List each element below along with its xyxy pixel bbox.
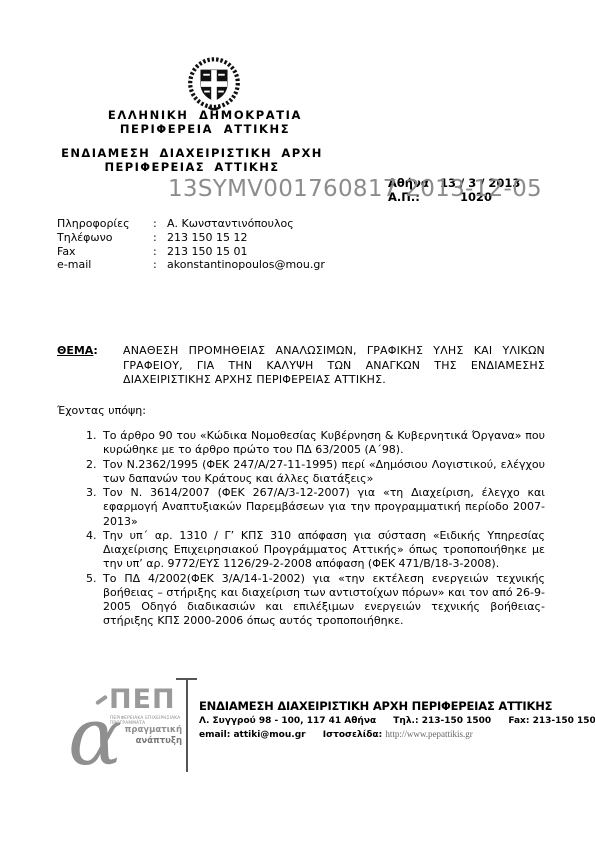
- contact-separator: :: [153, 245, 167, 259]
- footer-tel: 213-150 1500: [422, 716, 492, 726]
- list-item-number: 5.: [86, 572, 103, 629]
- header-line-republic: ΕΛΛΗΝΙΚΗ ΔΗΜΟΚΡΑΤΙΑ: [45, 109, 365, 123]
- contact-label: Πληροφορίες: [57, 217, 153, 231]
- footer-text-block: ΕΝΔΙΑΜΕΣΗ ΔΙΑΧΕΙΡΙΣΤΙΚΗ ΑΡΧΗ ΠΕΡΙΦΕΡΕΙΑΣ…: [199, 699, 549, 740]
- list-item-number: 2.: [86, 458, 103, 487]
- list-item-text: Το άρθρο 90 του «Κώδικα Νομοθεσίας Κυβέρ…: [103, 429, 545, 458]
- footer-website-label: Ιστοσελίδα:: [323, 730, 382, 740]
- pep-acronym: ΠΕΠ: [109, 684, 176, 715]
- contact-label: Fax: [57, 245, 153, 259]
- list-item: 5. Το ΠΔ 4/2002(ΦΕΚ 3/Α/14-1-2002) για «…: [86, 572, 545, 629]
- contact-separator: :: [153, 231, 167, 245]
- footer-fax-label: Fax:: [508, 716, 529, 726]
- footer-tel-label: Τηλ.:: [393, 716, 418, 726]
- coat-of-arms-icon: [186, 56, 242, 114]
- pep-tagline-line2: ανάπτυξη: [136, 736, 182, 746]
- list-item: 1. Το άρθρο 90 του «Κώδικα Νομοθεσίας Κυ…: [86, 429, 545, 458]
- subject-label: ΘΕΜΑ:: [57, 344, 123, 388]
- contact-row-email: e-mail : akonstantinopoulos@mou.gr: [57, 258, 325, 272]
- subject-text: ΑΝΑΘΕΣΗ ΠΡΟΜΗΘΕΙΑΣ ΑΝΑΛΩΣΙΜΩΝ, ΓΡΑΦΙΚΗΣ …: [123, 344, 545, 388]
- contact-row-informations: Πληροφορίες : Α. Κωνσταντινόπουλος: [57, 217, 325, 231]
- list-item-number: 1.: [86, 429, 103, 458]
- contact-label: e-mail: [57, 258, 153, 272]
- header-line-authority-region: ΠΕΡΙΦΕΡΕΙΑΣ ΑΤΤΙΚΗΣ: [32, 161, 352, 175]
- footer-address-line: Λ. Συγγρού 98 - 100, 117 41 Αθήνα Τηλ.: …: [199, 716, 549, 726]
- footer-email: attiki@mou.gr: [233, 730, 305, 740]
- list-item-text: Τον Ν. 3614/2007 (ΦΕΚ 267/Α/3-12-2007) γ…: [103, 486, 545, 529]
- contact-separator: :: [153, 217, 167, 231]
- contact-value: 213 150 15 01: [167, 245, 247, 259]
- contact-info: Πληροφορίες : Α. Κωνσταντινόπουλος Τηλέφ…: [57, 217, 325, 272]
- footer-website-url: http://www.pepattikis.gr: [385, 729, 472, 739]
- header-republic-block: ΕΛΛΗΝΙΚΗ ΔΗΜΟΚΡΑΤΙΑ ΠΕΡΙΦΕΡΕΙΑ ΑΤΤΙΚΗΣ: [45, 109, 365, 136]
- footer-email-label: email:: [199, 730, 230, 740]
- pep-logo-icon: α ΠΕΠ ΠΕΡΙΦΕΡΕΙΑΚΑ ΕΠΙΧΕΙΡΗΣΙΑΚΑ ΠΡΟΓΡΑΜ…: [78, 692, 184, 778]
- footer-title: ΕΝΔΙΑΜΕΣΗ ΔΙΑΧΕΙΡΙΣΤΙΚΗ ΑΡΧΗ ΠΕΡΙΦΕΡΕΙΑΣ…: [199, 699, 549, 713]
- legal-references-list: 1. Το άρθρο 90 του «Κώδικα Νομοθεσίας Κυ…: [86, 429, 545, 629]
- header-authority-block: ΕΝΔΙΑΜΕΣΗ ΔΙΑΧΕΙΡΙΣΤΙΚΗ ΑΡΧΗ ΠΕΡΙΦΕΡΕΙΑΣ…: [32, 147, 352, 174]
- preamble-text: Έχοντας υπόψη:: [57, 404, 146, 417]
- pep-tagline-line1: πραγματική: [125, 725, 182, 735]
- header-line-authority: ΕΝΔΙΑΜΕΣΗ ΔΙΑΧΕΙΡΙΣΤΙΚΗ ΑΡΧΗ: [32, 147, 352, 161]
- footer-address: Λ. Συγγρού 98 - 100, 117 41 Αθήνα: [199, 716, 376, 726]
- footer-divider: [186, 678, 188, 772]
- subject-block: ΘΕΜΑ: ΑΝΑΘΕΣΗ ΠΡΟΜΗΘΕΙΑΣ ΑΝΑΛΩΣΙΜΩΝ, ΓΡΑ…: [57, 344, 545, 388]
- header-line-region: ΠΕΡΙΦΕΡΕΙΑ ΑΤΤΙΚΗΣ: [45, 123, 365, 137]
- footer-email-line: email: attiki@mou.gr Ιστοσελίδα: http://…: [199, 729, 549, 740]
- contact-row-fax: Fax : 213 150 15 01: [57, 245, 325, 259]
- contact-value: Α. Κωνσταντινόπουλος: [167, 217, 294, 231]
- contact-value: akonstantinopoulos@mou.gr: [167, 258, 325, 272]
- contact-separator: :: [153, 258, 167, 272]
- list-item: 2. Τον Ν.2362/1995 (ΦΕΚ 247/Α/27-11-1995…: [86, 458, 545, 487]
- list-item: 4. Την υπ΄ αρ. 1310 / Γ’ ΚΠΣ 310 απόφαση…: [86, 529, 545, 572]
- list-item-text: Τον Ν.2362/1995 (ΦΕΚ 247/Α/27-11-1995) π…: [103, 458, 545, 487]
- contact-label: Τηλέφωνο: [57, 231, 153, 245]
- list-item-text: Την υπ΄ αρ. 1310 / Γ’ ΚΠΣ 310 απόφαση γι…: [103, 529, 545, 572]
- list-item-number: 3.: [86, 486, 103, 529]
- contact-row-phone: Τηλέφωνο : 213 150 15 12: [57, 231, 325, 245]
- contact-value: 213 150 15 12: [167, 231, 247, 245]
- document-page: ΕΛΛΗΝΙΚΗ ΔΗΜΟΚΡΑΤΙΑ ΠΕΡΙΦΕΡΕΙΑ ΑΤΤΙΚΗΣ Ε…: [0, 0, 595, 842]
- registry-watermark: 13SYMV001760817 2013-12-05: [168, 176, 542, 202]
- footer-fax: 213-150 1501: [533, 716, 595, 726]
- list-item: 3. Τον Ν. 3614/2007 (ΦΕΚ 267/Α/3-12-2007…: [86, 486, 545, 529]
- list-item-number: 4.: [86, 529, 103, 572]
- list-item-text: Το ΠΔ 4/2002(ΦΕΚ 3/Α/14-1-2002) για «την…: [103, 572, 545, 629]
